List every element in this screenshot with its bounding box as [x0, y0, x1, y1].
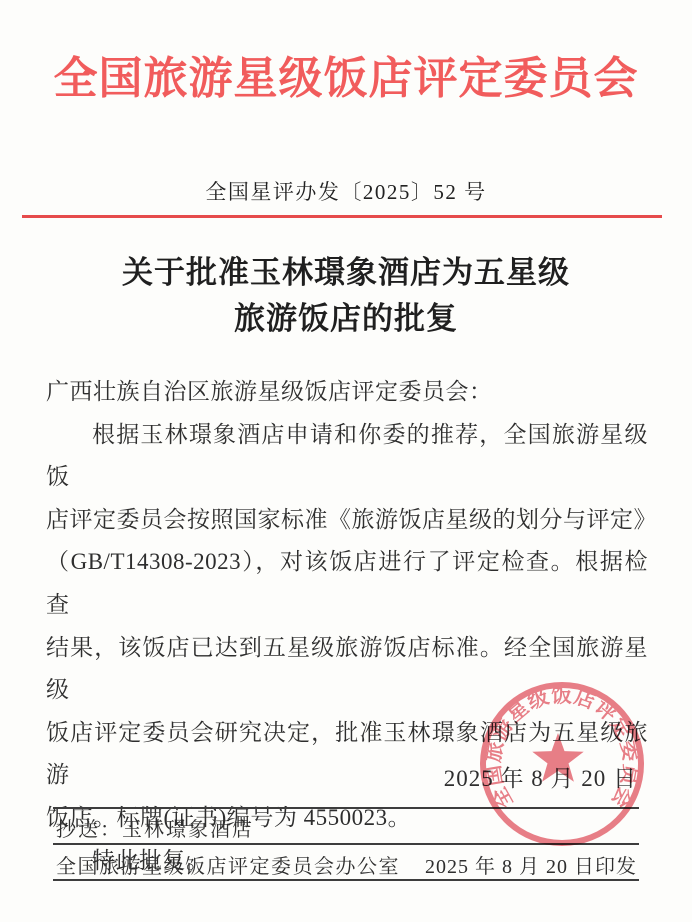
issuer-office: 全国旅游星级饭店评定委员会办公室 — [56, 850, 400, 879]
body-line: 店评定委员会按照国家标准《旅游饭店星级的划分与评定》 — [46, 499, 648, 542]
star-icon — [532, 733, 583, 782]
org-header-title: 全国旅游星级饭店评定委员会 — [0, 42, 692, 106]
print-date: 2025 年 8 月 20 日印发 — [425, 850, 637, 879]
doc-title-line1: 关于批准玉林璟象酒店为五星级 — [0, 250, 692, 296]
red-header-rule — [22, 215, 662, 218]
official-seal: 全国旅游星级饭店评定委员会 — [476, 678, 648, 850]
body-line: 根据玉林璟象酒店申请和你委的推荐，全国旅游星级饭 — [46, 414, 648, 499]
footer-rule-bottom — [53, 879, 639, 881]
doc-title-line2: 旅游饭店的批复 — [0, 296, 692, 342]
document-page: 全国旅游星级饭店评定委员会 全国星评办发〔2025〕52 号 关于批准玉林璟象酒… — [0, 0, 692, 922]
body-line: （GB/T14308-2023），对该饭店进行了评定检查。根据检查 — [46, 541, 648, 626]
doc-title: 关于批准玉林璟象酒店为五星级 旅游饭店的批复 — [0, 250, 692, 342]
recipient-line: 广西壮族自治区旅游星级饭店评定委员会： — [46, 371, 648, 414]
cc-line: 抄送：玉林璟象酒店 — [56, 813, 254, 842]
doc-number: 全国星评办发〔2025〕52 号 — [0, 176, 692, 206]
issuer-row: 全国旅游星级饭店评定委员会办公室 2025 年 8 月 20 日印发 — [56, 850, 637, 879]
